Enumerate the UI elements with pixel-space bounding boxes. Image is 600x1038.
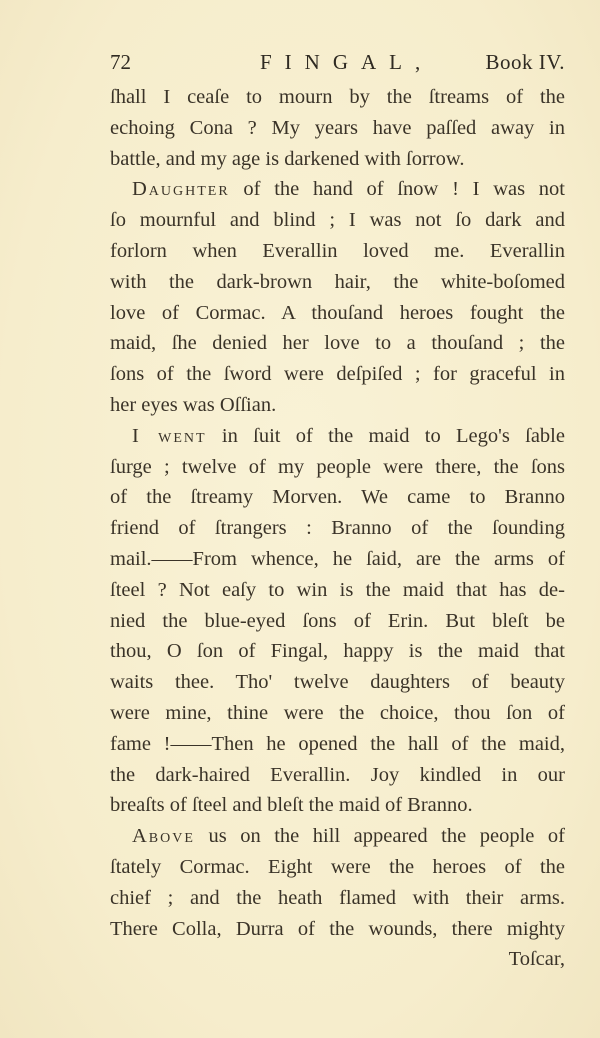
line-text: thou, O ſon of Fingal, happy is the maid… bbox=[110, 640, 565, 662]
paragraph-start-line: Above us on the hill appeared the people… bbox=[110, 821, 565, 852]
line-text: us on the hill appeared the people of bbox=[195, 825, 565, 847]
body-text: ſhall I ceaſe to mourn by the ſtreams of… bbox=[110, 82, 565, 975]
line-text: ſtately Cormac. Eight were the heroes of… bbox=[110, 856, 565, 878]
text-line: nied the blue-eyed ſons of Erin. But ble… bbox=[110, 606, 565, 637]
page-number: 72 bbox=[110, 50, 131, 75]
paragraph-end-line: breaſts of ſteel and bleſt the maid of B… bbox=[110, 790, 565, 821]
text-line: love of Cormac. A thouſand heroes fought… bbox=[110, 298, 565, 329]
line-text: nied the blue-eyed ſons of Erin. But ble… bbox=[110, 610, 565, 632]
line-text: in ſuit of the maid to Lego's ſable bbox=[207, 425, 565, 447]
text-line: ſtately Cormac. Eight were the heroes of… bbox=[110, 852, 565, 883]
line-text: her eyes was Oſſian. bbox=[110, 394, 276, 416]
text-line: waits thee. Tho' twelve daughters of bea… bbox=[110, 667, 565, 698]
line-text: ſo mournful and blind ; I was not ſo dar… bbox=[110, 209, 565, 231]
line-text: ſteel ? Not eaſy to win is the maid that… bbox=[110, 579, 565, 601]
small-caps-lead: Above bbox=[132, 825, 195, 847]
line-text: waits thee. Tho' twelve daughters of bea… bbox=[110, 671, 565, 693]
line-text: battle, and my age is darkened with ſorr… bbox=[110, 148, 464, 170]
paragraph-start-line: I went in ſuit of the maid to Lego's ſab… bbox=[110, 421, 565, 452]
catchword-text: Toſcar, bbox=[509, 948, 565, 970]
line-text: fame !——Then he opened the hall of the m… bbox=[110, 733, 565, 755]
line-text: forlorn when Everallin loved me. Everall… bbox=[110, 240, 565, 262]
text-line: friend of ſtrangers : Branno of the ſoun… bbox=[110, 513, 565, 544]
line-text: There Colla, Durra of the wounds, there … bbox=[110, 918, 565, 940]
line-text: with the dark-brown hair, the white-boſo… bbox=[110, 271, 565, 293]
text-line: with the dark-brown hair, the white-boſo… bbox=[110, 267, 565, 298]
line-text: ſons of the ſword were deſpiſed ; for gr… bbox=[110, 363, 565, 385]
catchword: Toſcar, bbox=[110, 944, 565, 975]
line-text: of the hand of ſnow ! I was not bbox=[230, 178, 565, 200]
small-caps-lead: I went bbox=[132, 425, 207, 447]
text-line: mail.——From whence, he ſaid, are the arm… bbox=[110, 544, 565, 575]
text-line: echoing Cona ? My years have paſſed away… bbox=[110, 113, 565, 144]
book-label: Book IV. bbox=[486, 50, 565, 75]
line-text: were mine, thine were the choice, thou ſ… bbox=[110, 702, 565, 724]
small-caps-lead: Daughter bbox=[132, 178, 230, 200]
paragraph-start-line: Daughter of the hand of ſnow ! I was not bbox=[110, 174, 565, 205]
line-text: maid, ſhe denied her love to a thouſand … bbox=[110, 332, 565, 354]
text-line: maid, ſhe denied her love to a thouſand … bbox=[110, 328, 565, 359]
paragraph-end-line: battle, and my age is darkened with ſorr… bbox=[110, 144, 565, 175]
running-title: FINGAL, bbox=[260, 50, 433, 75]
text-line: ſteel ? Not eaſy to win is the maid that… bbox=[110, 575, 565, 606]
text-line: ſhall I ceaſe to mourn by the ſtreams of… bbox=[110, 82, 565, 113]
text-line: There Colla, Durra of the wounds, there … bbox=[110, 914, 565, 945]
line-text: love of Cormac. A thouſand heroes fought… bbox=[110, 302, 565, 324]
line-text: of the ſtreamy Morven. We came to Branno bbox=[110, 486, 565, 508]
line-text: mail.——From whence, he ſaid, are the arm… bbox=[110, 548, 565, 570]
line-text: chief ; and the heath flamed with their … bbox=[110, 887, 565, 909]
line-text: the dark-haired Everallin. Joy kindled i… bbox=[110, 764, 565, 786]
text-line: of the ſtreamy Morven. We came to Branno bbox=[110, 482, 565, 513]
line-text: ſhall I ceaſe to mourn by the ſtreams of… bbox=[110, 86, 565, 108]
book-label-text: Book IV. bbox=[486, 50, 565, 74]
paragraph-end-line: her eyes was Oſſian. bbox=[110, 390, 565, 421]
text-line: the dark-haired Everallin. Joy kindled i… bbox=[110, 760, 565, 791]
text-line: ſons of the ſword were deſpiſed ; for gr… bbox=[110, 359, 565, 390]
text-line: forlorn when Everallin loved me. Everall… bbox=[110, 236, 565, 267]
text-line: thou, O ſon of Fingal, happy is the maid… bbox=[110, 636, 565, 667]
text-line: fame !——Then he opened the hall of the m… bbox=[110, 729, 565, 760]
line-text: breaſts of ſteel and bleſt the maid of B… bbox=[110, 794, 473, 816]
line-text: ſurge ; twelve of my people were there, … bbox=[110, 456, 565, 478]
text-line: ſo mournful and blind ; I was not ſo dar… bbox=[110, 205, 565, 236]
text-line: were mine, thine were the choice, thou ſ… bbox=[110, 698, 565, 729]
text-line: ſurge ; twelve of my people were there, … bbox=[110, 452, 565, 483]
line-text: echoing Cona ? My years have paſſed away… bbox=[110, 117, 565, 139]
text-line: chief ; and the heath flamed with their … bbox=[110, 883, 565, 914]
line-text: friend of ſtrangers : Branno of the ſoun… bbox=[110, 517, 565, 539]
running-header: 72 FINGAL, Book IV. bbox=[110, 50, 565, 80]
